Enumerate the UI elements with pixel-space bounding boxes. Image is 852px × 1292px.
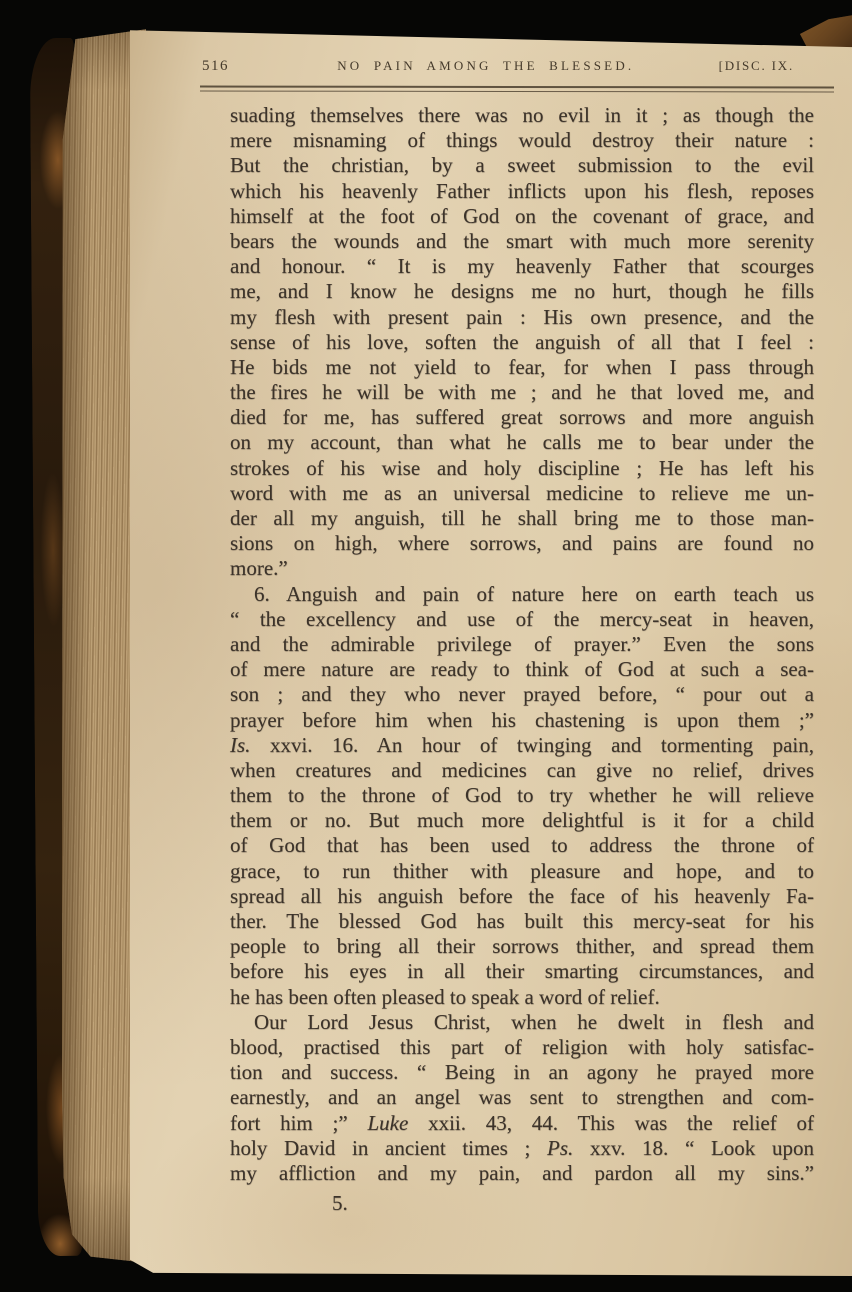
text-line: of God that has been used to address the… [230, 833, 814, 858]
text-segment: But the christian, by a sweet submission… [230, 153, 814, 177]
text-segment: bears the wounds and the smart with much… [230, 229, 814, 253]
text-segment: xxvi. 16. An hour of twinging and tormen… [250, 733, 814, 757]
text-segment: the fires he will be with me ; and he th… [230, 380, 814, 404]
page-body: suading themselves there was no evil in … [230, 103, 814, 1214]
text-line: blood, practised this part of religion w… [230, 1035, 814, 1060]
text-line: and honour. “ It is my heavenly Father t… [230, 254, 814, 279]
text-segment: ther. The blessed God has built this mer… [230, 909, 814, 933]
text-segment: grace, to run thither with pleasure and … [230, 859, 814, 883]
running-title: NO PAIN AMONG THE BLESSED. [337, 58, 634, 74]
text-line: when creatures and medicines can give no… [230, 758, 814, 783]
text-line: himself at the foot of God on the covena… [230, 204, 814, 229]
text-segment: people to bring all their sorrows thithe… [230, 934, 814, 958]
text-line: But the christian, by a sweet submission… [230, 153, 814, 178]
text-line: them or no. But much more delightful is … [230, 808, 814, 833]
text-line: son ; and they who never prayed before, … [230, 682, 814, 707]
text-line: me, and I know he designs me no hurt, th… [230, 279, 814, 304]
text-segment: himself at the foot of God on the covena… [230, 204, 814, 228]
text-segment: mere misnaming of things would destroy t… [230, 128, 814, 152]
book-cover-corner [800, 12, 852, 52]
book-page: 516 NO PAIN AMONG THE BLESSED. [DISC. IX… [130, 24, 852, 1276]
text-line: them to the throne of God to try whether… [230, 783, 814, 808]
text-segment: 6. Anguish and pain of nature here on ea… [254, 582, 814, 606]
text-segment: died for me, has suffered great sorrows … [230, 405, 814, 429]
text-segment: holy David in ancient times ; [230, 1136, 547, 1160]
text-segment: sions on high, where sorrows, and pains … [230, 531, 814, 555]
text-segment: strokes of his wise and holy discipline … [230, 456, 814, 480]
text-segment: suading themselves there was no evil in … [230, 103, 814, 127]
text-line: people to bring all their sorrows thithe… [230, 934, 814, 959]
text-line: der all my anguish, till he shall bring … [230, 506, 814, 531]
text-line: grace, to run thither with pleasure and … [230, 859, 814, 884]
text-line: strokes of his wise and holy discipline … [230, 456, 814, 481]
scripture-reference: Luke [367, 1111, 408, 1135]
text-segment: “ the excellency and use of the mercy-se… [230, 607, 814, 631]
text-line: died for me, has suffered great sorrows … [230, 405, 814, 430]
text-segment: and honour. “ It is my heavenly Father t… [230, 254, 814, 278]
text-line: Our Lord Jesus Christ, when he dwelt in … [230, 1010, 814, 1035]
text-segment: prayer before him when his chastening is… [230, 708, 814, 732]
text-segment: before his eyes in all their smarting ci… [230, 959, 814, 983]
text-line: which his heavenly Father inflicts upon … [230, 179, 814, 204]
text-segment: xxv. 18. “ Look upon [573, 1136, 814, 1160]
text-line: tion and success. “ Being in an agony he… [230, 1060, 814, 1085]
text-segment: spread all his anguish before the face o… [230, 884, 814, 908]
text-line: before his eyes in all their smarting ci… [230, 959, 814, 984]
text-segment: son ; and they who never prayed before, … [230, 682, 814, 706]
text-line: the fires he will be with me ; and he th… [230, 380, 814, 405]
section-label: [DISC. IX. [719, 58, 794, 74]
scripture-reference: Ps. [547, 1136, 573, 1160]
text-line: sense of his love, soften the anguish of… [230, 330, 814, 355]
text-line: prayer before him when his chastening is… [230, 708, 814, 733]
text-line: word with me as an universal medicine to… [230, 481, 814, 506]
text-segment: word with me as an universal medicine to… [230, 481, 814, 505]
text-line: sions on high, where sorrows, and pains … [230, 531, 814, 556]
text-line: he has been often pleased to speak a wor… [230, 985, 814, 1010]
text-segment: them to the throne of God to try whether… [230, 783, 814, 807]
text-segment: tion and success. “ Being in an agony he… [230, 1060, 814, 1084]
text-line: holy David in ancient times ; Ps. xxv. 1… [230, 1136, 814, 1161]
text-segment: and the admirable privilege of prayer.” … [230, 632, 814, 656]
text-segment: of God that has been used to address the… [230, 833, 814, 857]
text-line: mere misnaming of things would destroy t… [230, 128, 814, 153]
text-segment: Our Lord Jesus Christ, when he dwelt in … [254, 1010, 814, 1034]
text-line: spread all his anguish before the face o… [230, 884, 814, 909]
text-line: and the admirable privilege of prayer.” … [230, 632, 814, 657]
text-segment: der all my anguish, till he shall bring … [230, 506, 814, 530]
text-segment: fort him ;” [230, 1111, 367, 1135]
text-segment: them or no. But much more delightful is … [230, 808, 814, 832]
text-segment: my affliction and my pain, and pardon al… [230, 1161, 814, 1185]
page-number: 516 [202, 58, 229, 75]
text-line: He bids me not yield to fear, for when I… [230, 355, 814, 380]
text-line: “ the excellency and use of the mercy-se… [230, 607, 814, 632]
text-line: bears the wounds and the smart with much… [230, 229, 814, 254]
text-segment: of mere nature are ready to think of God… [230, 657, 814, 681]
text-line: Is. xxvi. 16. An hour of twinging and to… [230, 733, 814, 758]
text-segment: earnestly, and an angel was sent to stre… [230, 1085, 814, 1109]
text-segment: my flesh with present pain : His own pre… [230, 305, 814, 329]
text-line: on my account, than what he calls me to … [230, 430, 814, 455]
text-line: ther. The blessed God has built this mer… [230, 909, 814, 934]
scripture-reference: Is. [230, 733, 250, 757]
text-line: my affliction and my pain, and pardon al… [230, 1161, 814, 1186]
text-segment: He bids me not yield to fear, for when I… [230, 355, 814, 379]
text-line: earnestly, and an angel was sent to stre… [230, 1085, 814, 1110]
text-segment: me, and I know he designs me no hurt, th… [230, 279, 814, 303]
text-line: more.” [230, 556, 814, 581]
text-line: 6. Anguish and pain of nature here on ea… [230, 582, 814, 607]
text-segment: when creatures and medicines can give no… [230, 758, 814, 782]
signature-mark: 5. [230, 1192, 814, 1214]
text-segment: more.” [230, 556, 288, 580]
page-header: 516 NO PAIN AMONG THE BLESSED. [DISC. IX… [202, 58, 794, 75]
text-line: my flesh with present pain : His own pre… [230, 305, 814, 330]
text-segment: blood, practised this part of religion w… [230, 1035, 814, 1059]
text-segment: which his heavenly Father inflicts upon … [230, 179, 814, 203]
text-line: of mere nature are ready to think of God… [230, 657, 814, 682]
text-segment: he has been often pleased to speak a wor… [230, 985, 660, 1009]
header-rule [200, 86, 834, 92]
text-segment: on my account, than what he calls me to … [230, 430, 814, 454]
text-segment: xxii. 43, 44. This was the relief of [408, 1111, 814, 1135]
text-line: suading themselves there was no evil in … [230, 103, 814, 128]
text-segment: sense of his love, soften the anguish of… [230, 330, 814, 354]
text-line: fort him ;” Luke xxii. 43, 44. This was … [230, 1111, 814, 1136]
